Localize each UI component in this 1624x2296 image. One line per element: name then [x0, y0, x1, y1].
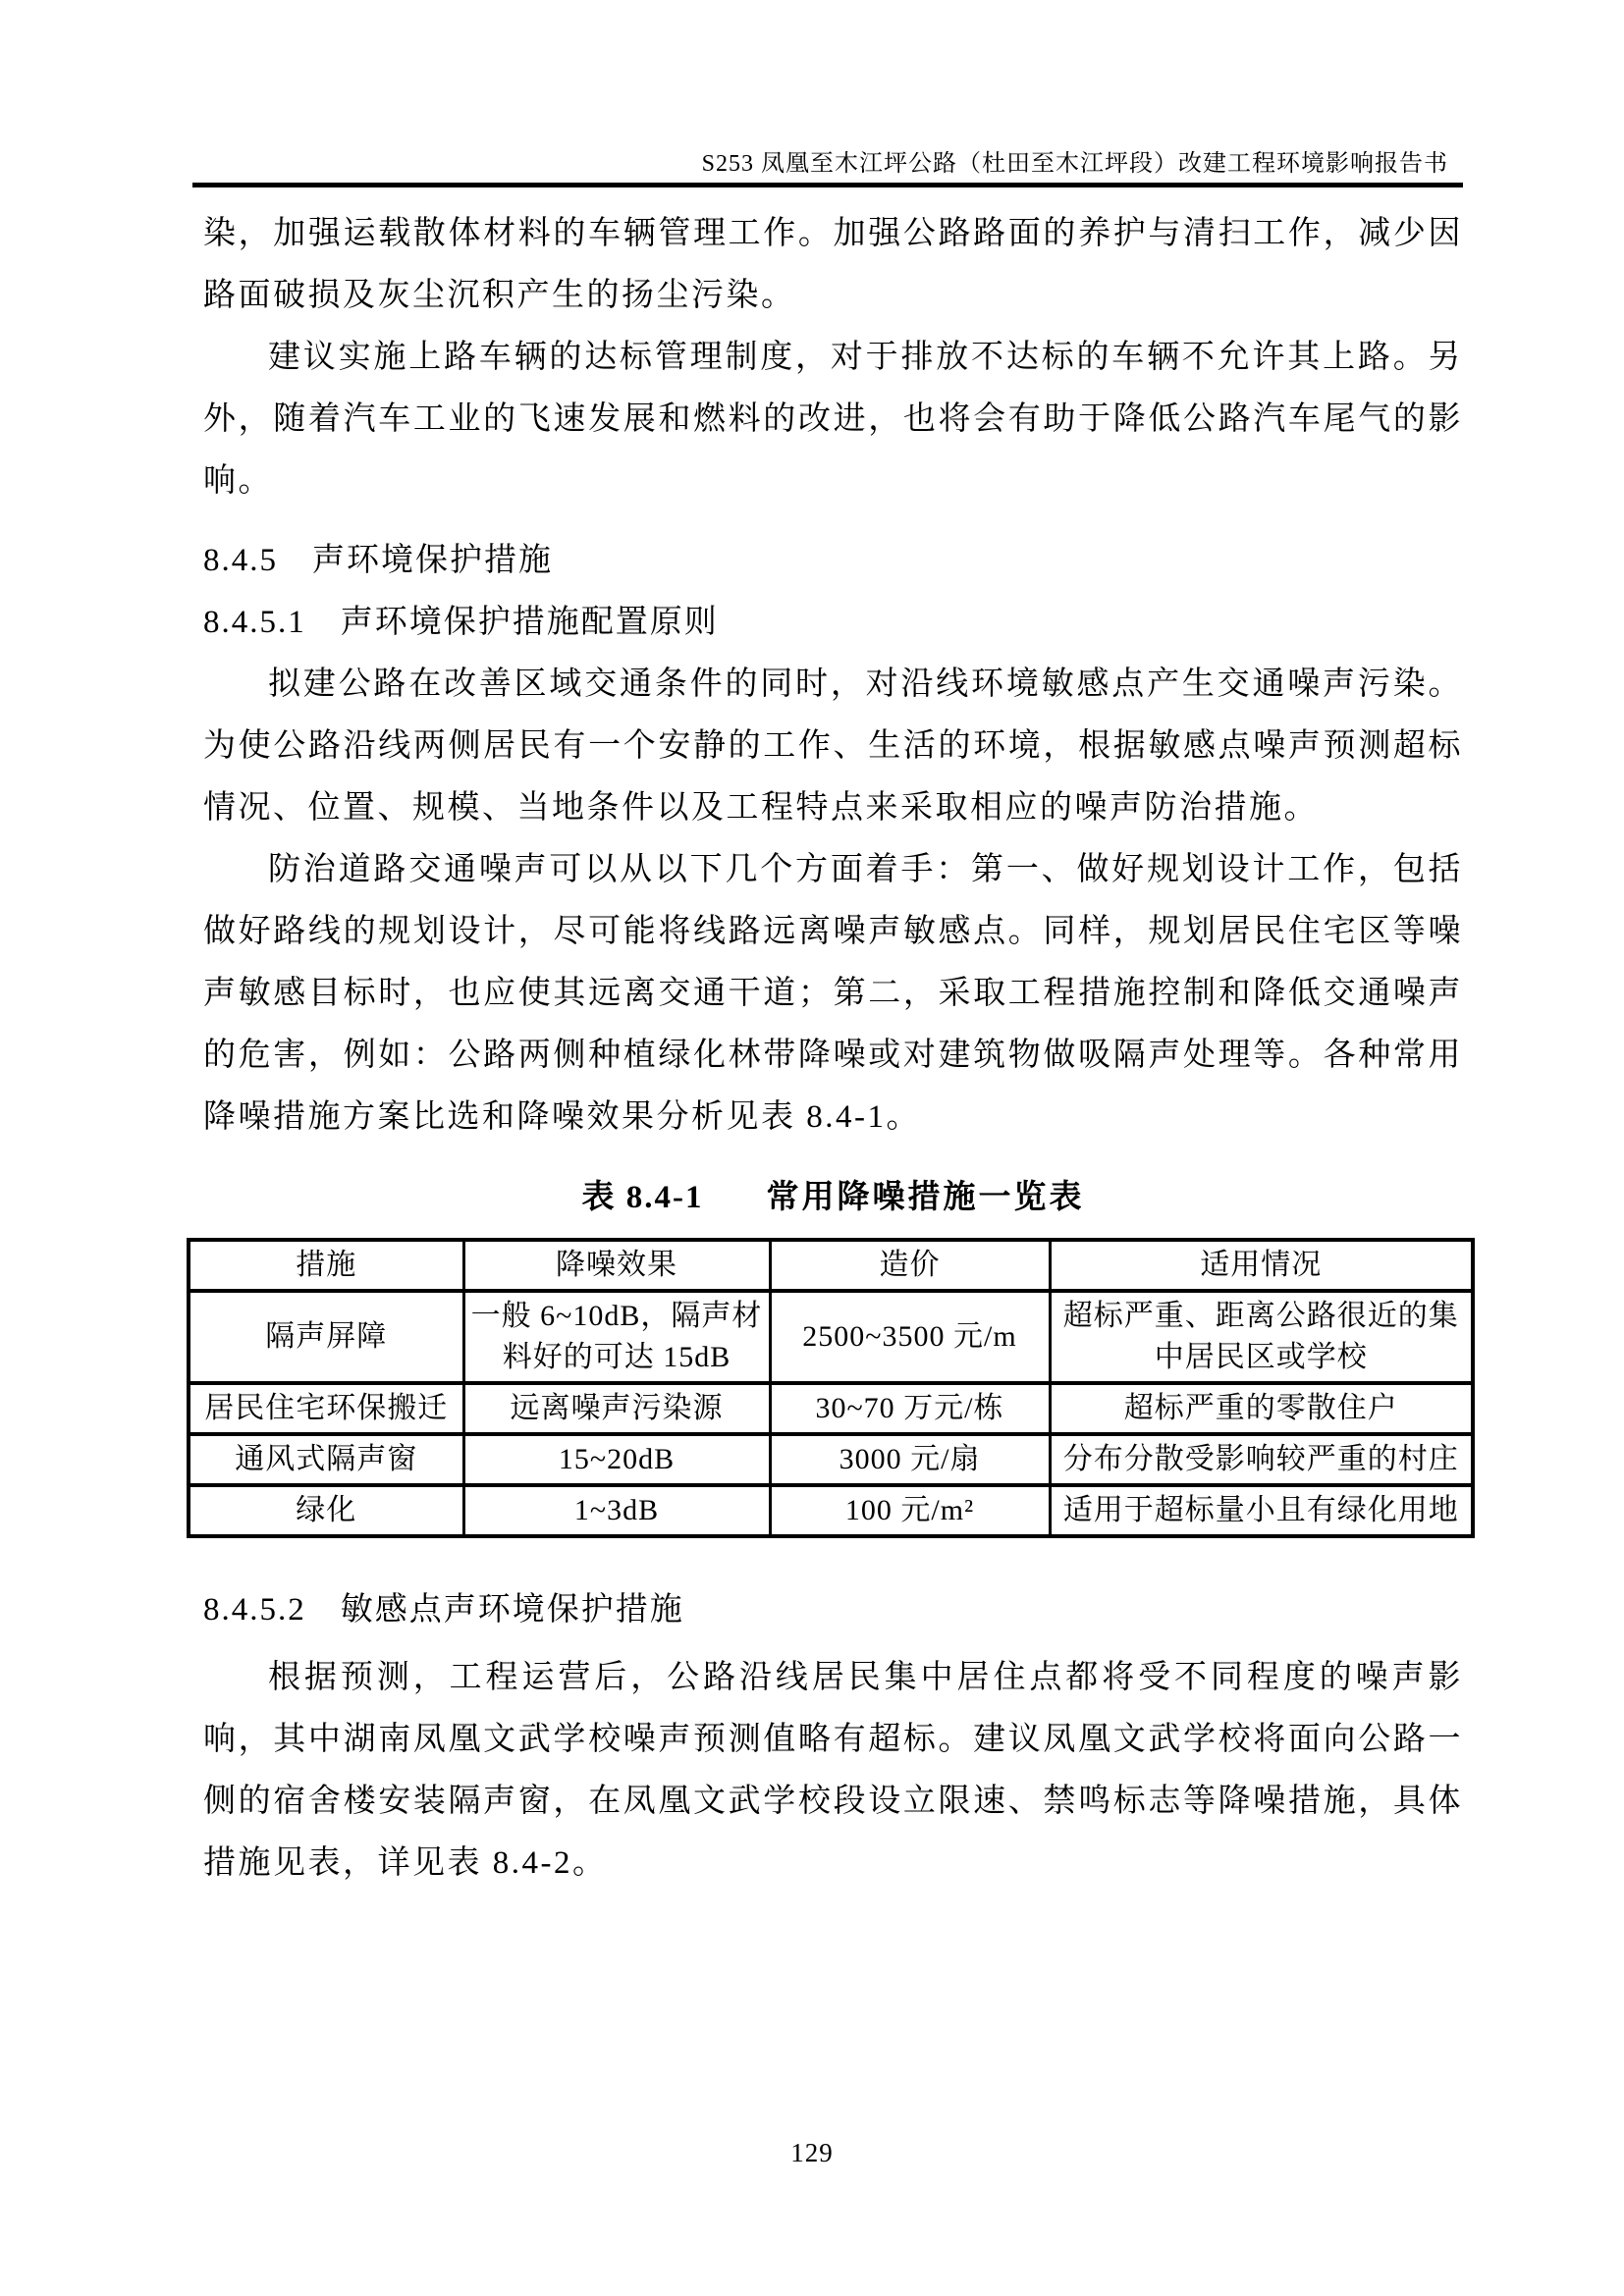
noise-mitigation-table: 措施 降噪效果 造价 适用情况 隔声屏障 一般 6~10dB，隔声材料好的可达 … — [187, 1238, 1475, 1538]
table-header-applicability: 适用情况 — [1050, 1240, 1473, 1291]
table-row-ventilated-window: 通风式隔声窗 15~20dB 3000 元/扇 分布分散受影响较严重的村庄 — [189, 1434, 1473, 1485]
table-caption-title: 常用降噪措施一览表 — [767, 1174, 1085, 1219]
section-heading-8-4-5-2: 8.4.5.2 敏感点声环境保护措施 — [203, 1579, 1463, 1641]
table-cell: 居民住宅环保搬迁 — [189, 1383, 463, 1434]
table-cell: 超标严重的零散住户 — [1050, 1383, 1473, 1434]
paragraph-noise-prevention-approaches: 防治道路交通噪声可以从以下几个方面着手：第一、做好规划设计工作，包括做好路线的规… — [203, 839, 1463, 1148]
table-row-relocation: 居民住宅环保搬迁 远离噪声污染源 30~70 万元/栋 超标严重的零散住户 — [189, 1383, 1473, 1434]
table-cell: 100 元/m² — [770, 1485, 1050, 1536]
table-cell: 15~20dB — [463, 1434, 770, 1485]
paragraph-dust-control: 染，加强运载散体材料的车辆管理工作。加强公路路面的养护与清扫工作，减少因路面破损… — [203, 203, 1463, 327]
header-rule — [192, 183, 1463, 187]
page-header-title: S253 凤凰至木江坪公路（杜田至木江坪段）改建工程环境影响报告书 — [203, 143, 1448, 178]
document-body: 染，加强运载散体材料的车辆管理工作。加强公路路面的养护与清扫工作，减少因路面破损… — [203, 203, 1463, 1895]
table-cell: 3000 元/扇 — [770, 1434, 1050, 1485]
table-caption-label: 表 8.4-1 — [582, 1180, 704, 1215]
table-cell: 绿化 — [189, 1485, 463, 1536]
table-cell: 分布分散受影响较严重的村庄 — [1050, 1434, 1473, 1485]
table-cell: 1~3dB — [463, 1485, 770, 1536]
page-number: 129 — [0, 2138, 1624, 2168]
paragraph-vehicle-standards: 建议实施上路车辆的达标管理制度，对于排放不达标的车辆不允许其上路。另外，随着汽车… — [203, 327, 1463, 512]
paragraph-sensitive-point-measures: 根据预测，工程运营后，公路沿线居民集中居住点都将受不同程度的噪声影响，其中湖南凤… — [203, 1647, 1463, 1895]
table-row-sound-barrier: 隔声屏障 一般 6~10dB，隔声材料好的可达 15dB 2500~3500 元… — [189, 1291, 1473, 1383]
table-cell: 一般 6~10dB，隔声材料好的可达 15dB — [463, 1291, 770, 1383]
table-caption: 表 8.4-1常用降噪措施一览表 — [203, 1174, 1463, 1220]
paragraph-noise-principles: 拟建公路在改善区域交通条件的同时，对沿线环境敏感点产生交通噪声污染。为使公路沿线… — [203, 654, 1463, 839]
table-cell: 远离噪声污染源 — [463, 1383, 770, 1434]
table-cell: 30~70 万元/栋 — [770, 1383, 1050, 1434]
document-page: S253 凤凰至木江坪公路（杜田至木江坪段）改建工程环境影响报告书 染，加强运载… — [0, 0, 1624, 2296]
table-header-row: 措施 降噪效果 造价 适用情况 — [189, 1240, 1473, 1291]
section-heading-8-4-5: 8.4.5 声环境保护措施 — [203, 530, 1463, 592]
table-row-greening: 绿化 1~3dB 100 元/m² 适用于超标量小且有绿化用地 — [189, 1485, 1473, 1536]
table-header-measure: 措施 — [189, 1240, 463, 1291]
table-cell: 2500~3500 元/m — [770, 1291, 1050, 1383]
table-header-noise-reduction: 降噪效果 — [463, 1240, 770, 1291]
table-cell: 适用于超标量小且有绿化用地 — [1050, 1485, 1473, 1536]
table-cell: 通风式隔声窗 — [189, 1434, 463, 1485]
section-heading-8-4-5-1: 8.4.5.1 声环境保护措施配置原则 — [203, 592, 1463, 654]
table-cell: 超标严重、距离公路很近的集中居民区或学校 — [1050, 1291, 1473, 1383]
table-cell: 隔声屏障 — [189, 1291, 463, 1383]
table-header-cost: 造价 — [770, 1240, 1050, 1291]
